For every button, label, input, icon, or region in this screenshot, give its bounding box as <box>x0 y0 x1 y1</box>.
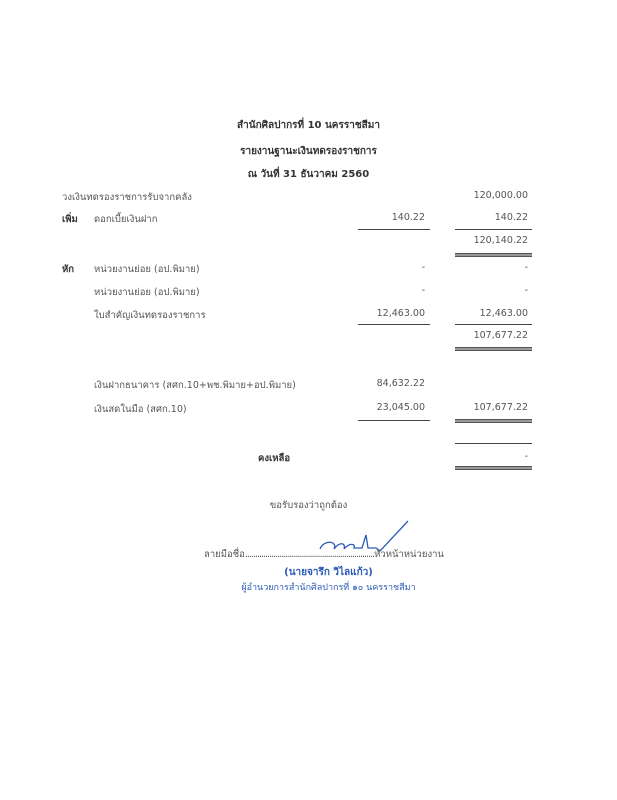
balance-label: คงเหลือ <box>258 451 290 466</box>
bank-deposit-label: เงินฝากธนาคาร (สศก.10+พช.พิมาย+อป.พิมาย) <box>94 378 296 393</box>
opening-label: วงเงินทดรองราชการรับจากคลัง <box>62 190 192 205</box>
double-underline <box>455 466 532 470</box>
deduct-item-label: หน่วยงานย่อย (อป.พิมาย) <box>94 262 200 277</box>
deduct-section-label: หัก <box>62 262 74 277</box>
org-name: สำนักศิลปากรที่ 10 นครราชสีมา <box>0 118 617 133</box>
interest-total: 140.22 <box>440 212 528 223</box>
signer-position: ผู้อำนวยการสำนักศิลปากรที่ ๑๐ นครราชสีมา <box>0 580 617 594</box>
deduct-item-total: - <box>440 262 528 273</box>
cash-on-hand-amount: 23,045.00 <box>345 402 425 413</box>
deduct-item-amount: 12,463.00 <box>345 308 425 319</box>
underline <box>455 229 532 230</box>
interest-amount: 140.22 <box>345 212 425 223</box>
signer-name: (นายจารึก วิไลแก้ว) <box>0 565 617 580</box>
report-title: รายงานฐานะเงินทดรองราชการ <box>0 144 617 159</box>
deduct-item-total: 12,463.00 <box>440 308 528 319</box>
deduct-item-total: - <box>440 285 528 296</box>
balance-value: - <box>440 451 528 462</box>
cash-on-hand-label: เงินสดในมือ (สศก.10) <box>94 402 187 417</box>
add-subtotal: 120,140.22 <box>440 235 528 246</box>
deduct-item-amount: - <box>345 285 425 296</box>
signature-suffix: หัวหน้าหน่วยงาน <box>374 549 444 560</box>
double-underline <box>455 253 532 257</box>
double-underline <box>455 419 532 423</box>
deduct-item-label: หน่วยงานย่อย (อป.พิมาย) <box>94 285 200 300</box>
add-section-label: เพิ่ม <box>62 212 78 227</box>
deduct-subtotal: 107,677.22 <box>440 330 528 341</box>
underline <box>455 324 532 325</box>
report-date: ณ วันที่ 31 ธันวาคม 2560 <box>0 167 617 182</box>
signature-dots: ........................................… <box>245 549 374 560</box>
certification-statement: ขอรับรองว่าถูกต้อง <box>0 498 617 513</box>
double-underline <box>455 347 532 351</box>
deduct-item-amount: - <box>345 262 425 273</box>
underline <box>358 324 430 325</box>
opening-total: 120,000.00 <box>440 190 528 201</box>
bank-deposit-amount: 84,632.22 <box>345 378 425 389</box>
deduct-item-label: ใบสำคัญเงินทดรองราชการ <box>94 308 206 323</box>
signature-prefix: ลายมือชื่อ <box>204 549 245 560</box>
cash-total: 107,677.22 <box>440 402 528 413</box>
signature-line: ลายมือชื่อ..............................… <box>204 547 444 562</box>
underline <box>358 420 430 421</box>
interest-label: ดอกเบี้ยเงินฝาก <box>94 212 158 227</box>
underline <box>358 229 430 230</box>
underline <box>455 443 532 444</box>
